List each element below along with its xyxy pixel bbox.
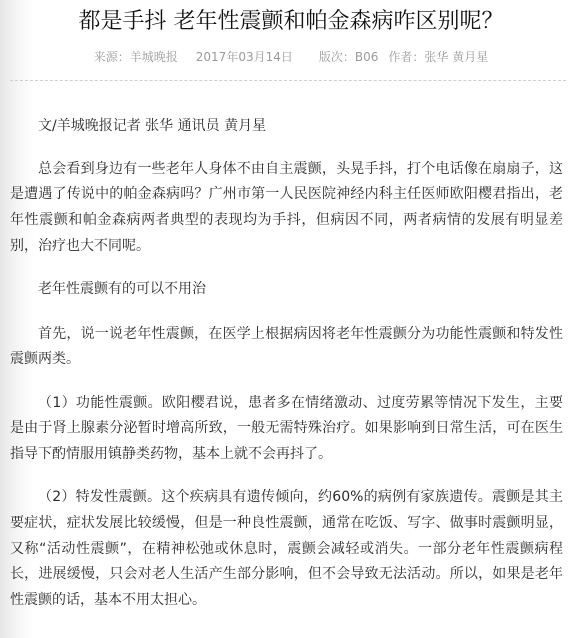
edition-info: 版次：B06	[319, 48, 379, 66]
article-byline: 文/羊城晚报记者 张华 通讯员 黄月星	[10, 114, 563, 140]
edition-label: 版次：	[319, 48, 355, 66]
article-body: 文/羊城晚报记者 张华 通讯员 黄月星 总会看到身边有一些老年人身体不由自主震颤…	[10, 114, 563, 631]
article-paragraph: （2）特发性震颤。这个疾病具有遗传倾向，约60%的病例有家族遗传。震颤是其主要症…	[10, 485, 563, 614]
article-title: 都是手抖 老年性震颤和帕金森病咋区别呢？	[0, 6, 582, 38]
source-name: 羊城晚报	[130, 48, 178, 66]
source-label: 来源：	[94, 48, 130, 66]
author-names: 张华 黄月星	[424, 48, 488, 66]
author-info: 作者：张华 黄月星	[388, 48, 488, 66]
edition-value: B06	[355, 48, 379, 66]
article-paragraph: 首先，说一说老年性震颤，在医学上根据病因将老年性震颤分为功能性震颤和特发性震颤两…	[10, 322, 563, 373]
publish-date: 2017年03月14日	[196, 48, 293, 66]
author-label: 作者：	[388, 48, 424, 66]
source-info: 来源：羊城晚报	[94, 48, 178, 66]
article-meta: 来源：羊城晚报2017年03月14日版次：B06作者：张华 黄月星	[0, 48, 582, 66]
article-paragraph-intro: 总会看到身边有一些老年人身体不由自主震颤，头晃手抖，打个电话像在扇扇子，这是遭遇…	[10, 157, 563, 260]
article-paragraph: （1）功能性震颤。欧阳樱君说，患者多在情绪激动、过度劳累等情况下发生，主要是由于…	[10, 391, 563, 468]
header-divider	[10, 80, 566, 81]
article-subheading: 老年性震颤有的可以不用治	[10, 277, 563, 303]
